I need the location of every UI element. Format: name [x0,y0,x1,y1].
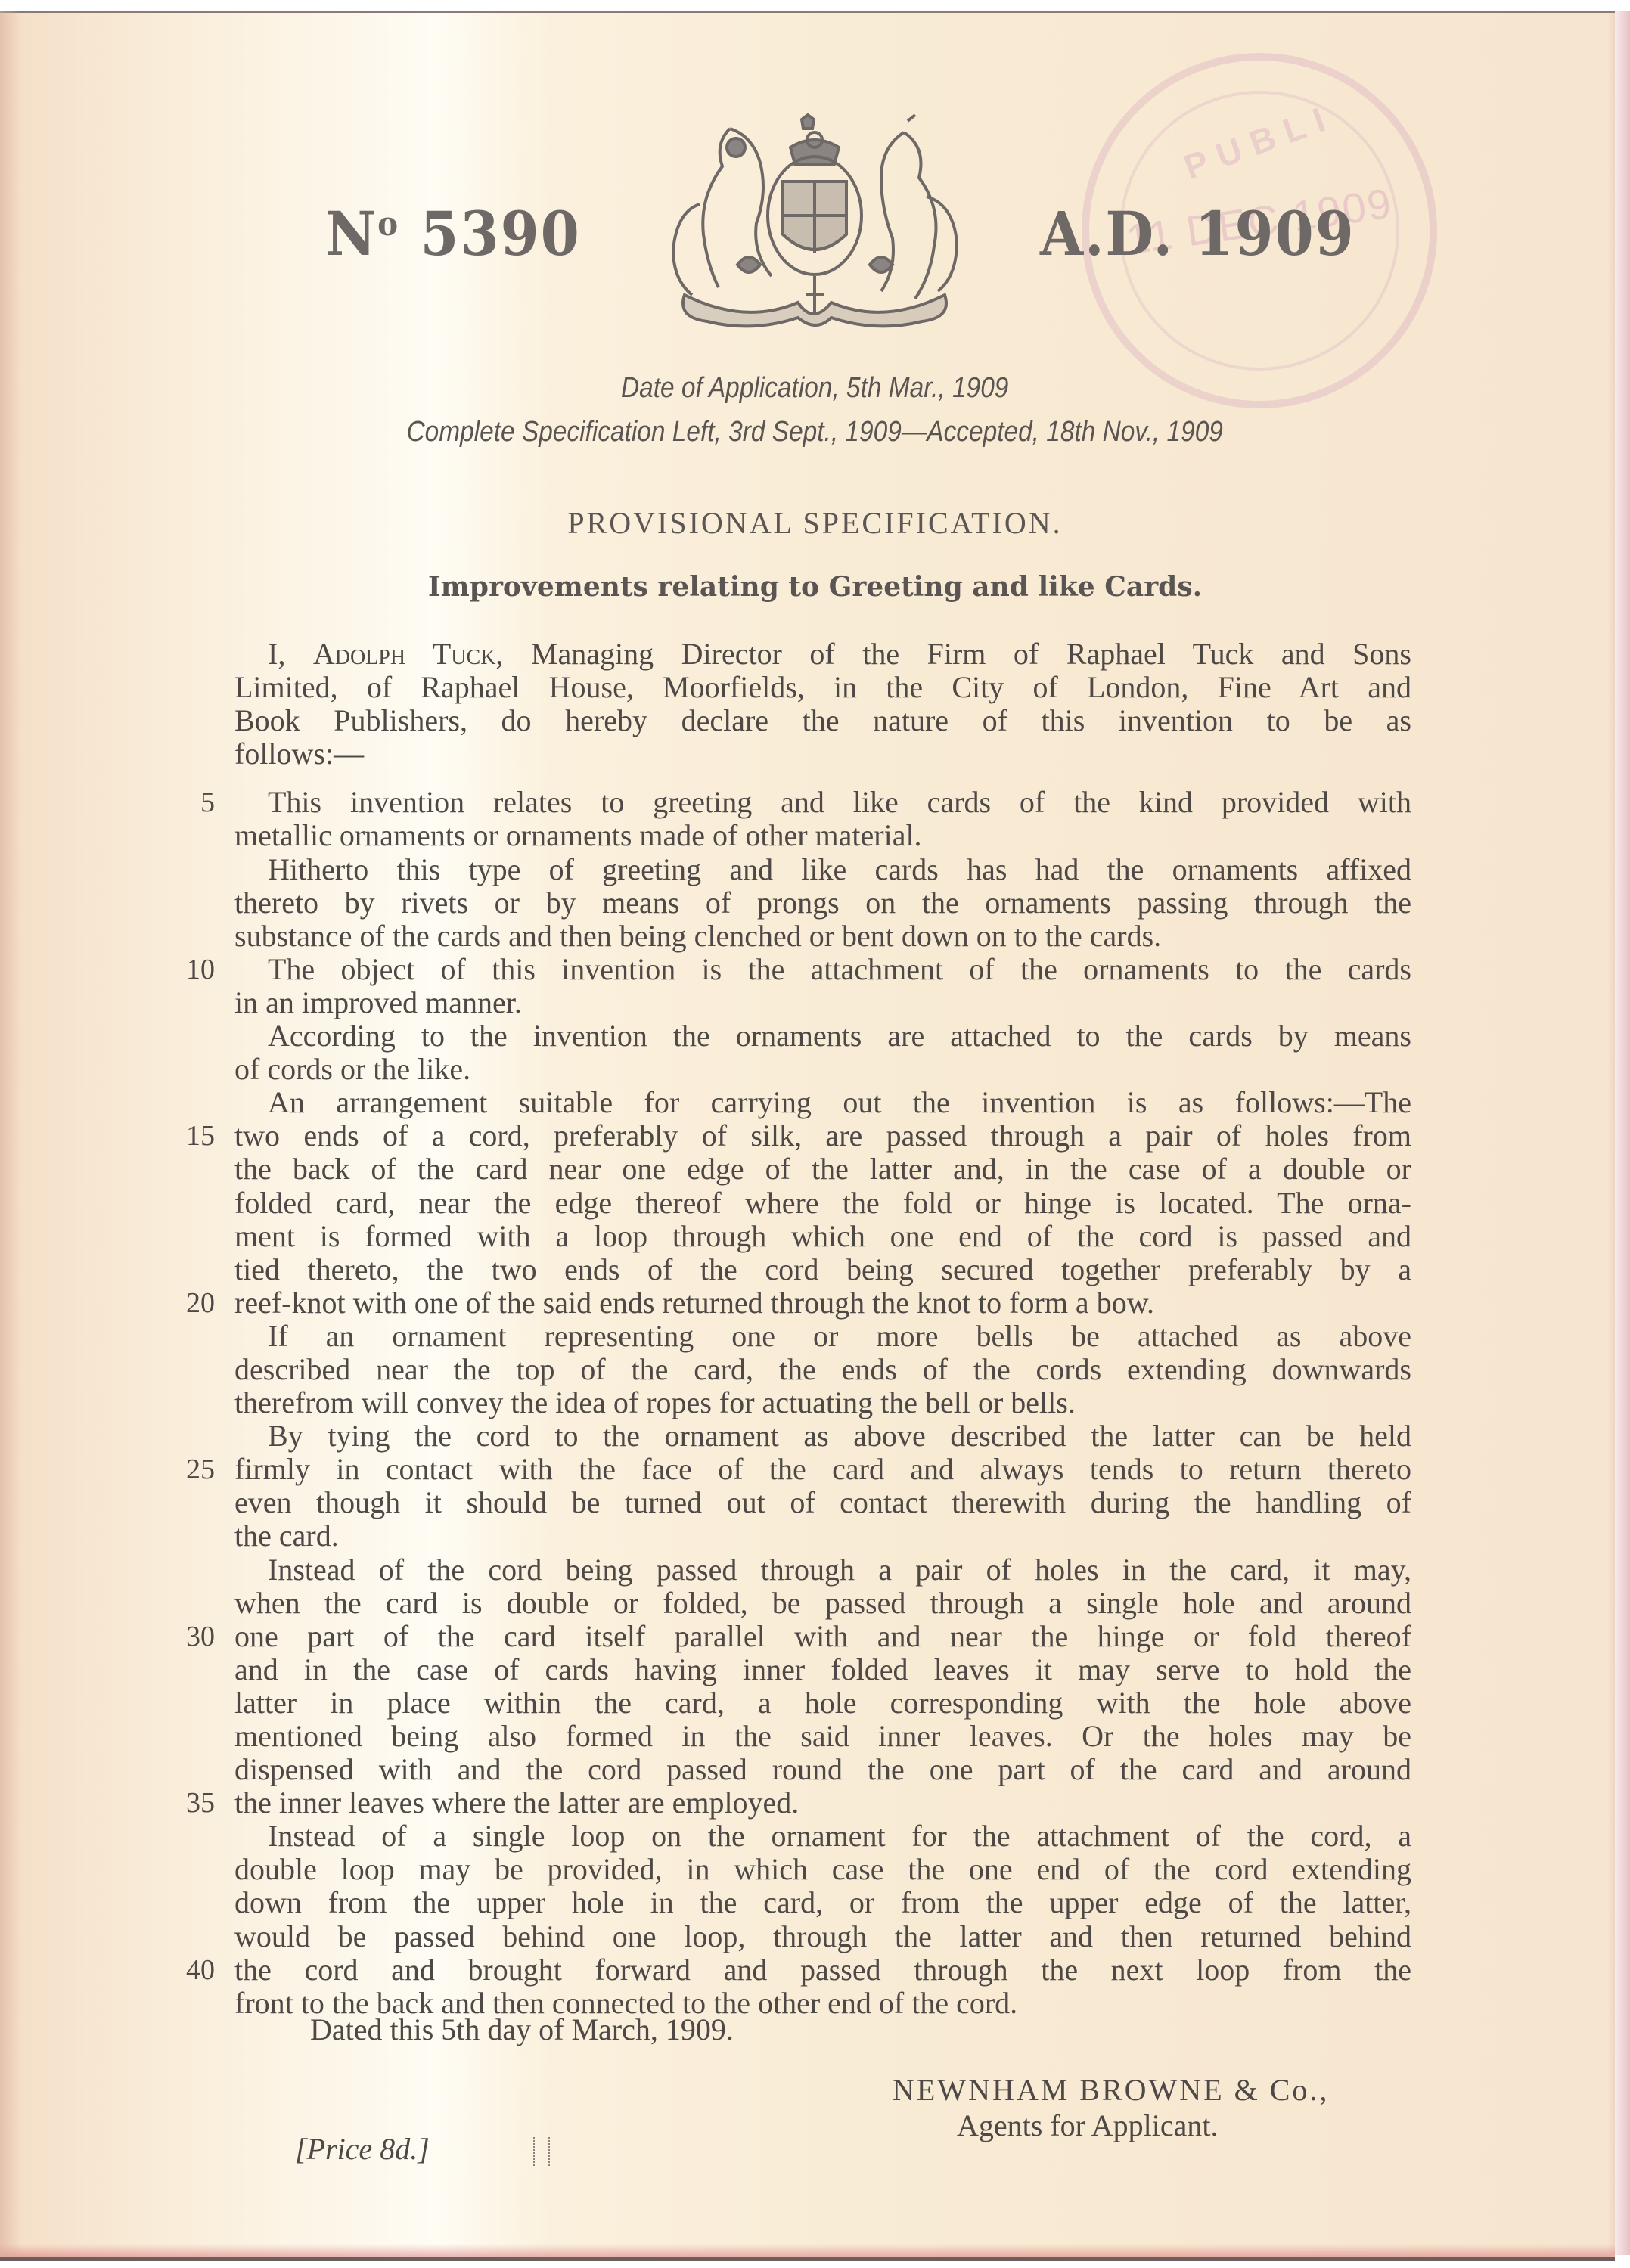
line-text: the card. [234,1519,1411,1553]
line-text: would be passed behind one loop, through… [234,1920,1411,1953]
body-line: metallic ornaments or ornaments made of … [234,819,1411,852]
line-text: of cords or the like. [234,1053,1411,1086]
body-line: By tying the cord to the ornament as abo… [234,1419,1411,1453]
line-text: latter in place within the card, a hole … [234,1686,1411,1720]
line-number: 40 [185,1953,215,1987]
body-line: in an improved manner. [234,986,1411,1019]
line-text: Hitherto this type of greeting and like … [234,853,1411,886]
royal-coat-of-arms-icon [654,113,976,333]
line-text: two ends of a cord, preferably of silk, … [234,1119,1411,1153]
line-text: substance of the cards and then being cl… [234,920,1411,953]
body-line: dispensed with and the cord passed round… [234,1753,1411,1786]
line-text: down from the upper hole in the card, or… [234,1886,1411,1919]
complete-spec-dates: Complete Specification Left, 3rd Sept., … [98,416,1532,448]
body-line: Instead of a single loop on the ornament… [234,1820,1411,1853]
body-line: substance of the cards and then being cl… [234,920,1411,953]
line-text: dispensed with and the cord passed round… [234,1753,1411,1786]
body-line: 40the cord and brought forward and passe… [234,1953,1411,1987]
line-text: even though it should be turned out of c… [234,1486,1411,1519]
line-number: 5 [185,786,215,819]
line-text: metallic ornaments or ornaments made of … [234,819,1411,852]
body-line: 15two ends of a cord, preferably of silk… [234,1119,1411,1153]
body-line: According to the invention the ornaments… [234,1019,1411,1053]
page-left-edge [0,11,21,2255]
line-number: 30 [185,1620,215,1653]
body-line: thereto by rivets or by means of prongs … [234,886,1411,920]
body-line: of cords or the like. [234,1053,1411,1086]
line-number: 10 [185,953,215,986]
line-number: 25 [185,1453,215,1486]
line-text: thereto by rivets or by means of prongs … [234,886,1411,920]
line-number: 35 [185,1786,215,1820]
body-line: 5This invention relates to greeting and … [234,786,1411,819]
line-text: According to the invention the ornaments… [234,1019,1411,1053]
line-text: firmly in contact with the face of the c… [234,1453,1411,1486]
patent-number: No 5390 [325,198,581,269]
line-text: tied thereto, the two ends of the cord b… [234,1253,1411,1286]
line-text: Instead of the cord being passed through… [234,1553,1411,1587]
body-line: would be passed behind one loop, through… [234,1920,1411,1953]
line-text: If an ornament representing one or more … [234,1320,1411,1353]
body-line: 10The object of this invention is the at… [234,953,1411,986]
intro-line: follows:— [234,737,1411,771]
line-text: described near the top of the card, the … [234,1353,1411,1386]
body-line: tied thereto, the two ends of the cord b… [234,1253,1411,1286]
body-line: described near the top of the card, the … [234,1353,1411,1386]
body-line: Instead of the cord being passed through… [234,1553,1411,1587]
line-text: double loop may be provided, in which ca… [234,1853,1411,1886]
body-lines: 5This invention relates to greeting and … [234,786,1411,2019]
dated-line: Dated this 5th day of March, 1909. [310,2012,734,2047]
line-text: This invention relates to greeting and l… [234,786,1411,819]
page-right-edge [1607,11,1630,2255]
agent-name: NEWNHAM BROWNE & Co., [893,2072,1329,2108]
body-line: double loop may be provided, in which ca… [234,1853,1411,1886]
body-line: An arrangement suitable for carrying out… [234,1086,1411,1119]
line-text: and in the case of cards having inner fo… [234,1653,1411,1686]
line-text: when the card is double or folded, be pa… [234,1587,1411,1620]
printer-mark [533,2137,550,2166]
patent-year: A.D. 1909 [1040,198,1355,269]
line-number: 20 [185,1286,215,1320]
price-label: [Price 8d.] [295,2131,430,2167]
body-line: 30one part of the card itself parallel w… [234,1620,1411,1653]
body-line: mentioned being also formed in the said … [234,1720,1411,1753]
line-text: the inner leaves where the latter are em… [234,1786,1411,1820]
intro-line: I, Adolph Tuck, Managing Director of the… [234,638,1411,671]
applicant-name: Adolph Tuck [313,637,496,671]
line-text: one part of the card itself parallel wit… [234,1620,1411,1653]
line-text: Instead of a single loop on the ornament… [234,1820,1411,1853]
body-line: 35the inner leaves where the latter are … [234,1786,1411,1820]
intro-line: Limited, of Raphael House, Moorfields, i… [234,671,1411,704]
agent-role: Agents for Applicant. [957,2108,1219,2143]
line-text: the cord and brought forward and passed … [234,1953,1411,1987]
body-line: the card. [234,1519,1411,1553]
body-line: and in the case of cards having inner fo… [234,1653,1411,1686]
body-line: folded card, near the edge thereof where… [234,1187,1411,1220]
body-line: Hitherto this type of greeting and like … [234,853,1411,886]
intro-line: Book Publishers, do hereby declare the n… [234,704,1411,737]
line-text: the back of the card near one edge of th… [234,1153,1411,1186]
line-text: ment is formed with a loop through which… [234,1220,1411,1253]
line-text: folded card, near the edge thereof where… [234,1187,1411,1220]
body-line: when the card is double or folded, be pa… [234,1587,1411,1620]
body-line: 25firmly in contact with the face of the… [234,1453,1411,1486]
invention-title: Improvements relating to Greeting and li… [0,571,1630,603]
line-text: The object of this invention is the atta… [234,953,1411,986]
line-text: reef-knot with one of the said ends retu… [234,1286,1411,1320]
body-line: latter in place within the card, a hole … [234,1686,1411,1720]
body-line: down from the upper hole in the card, or… [234,1886,1411,1919]
line-number: 15 [185,1119,215,1153]
specification-body: I, Adolph Tuck, Managing Director of the… [234,638,1411,2020]
body-line: therefrom will convey the idea of ropes … [234,1386,1411,1419]
line-text: in an improved manner. [234,986,1411,1019]
application-date: Date of Application, 5th Mar., 1909 [98,372,1532,405]
line-text: An arrangement suitable for carrying out… [234,1086,1411,1119]
line-text: therefrom will convey the idea of ropes … [234,1386,1411,1419]
body-line: 20reef-knot with one of the said ends re… [234,1286,1411,1320]
line-text: By tying the cord to the ornament as abo… [234,1419,1411,1453]
body-line: ment is formed with a loop through which… [234,1220,1411,1253]
body-line: the back of the card near one edge of th… [234,1153,1411,1186]
body-line: If an ornament representing one or more … [234,1320,1411,1353]
body-line: even though it should be turned out of c… [234,1486,1411,1519]
line-text: mentioned being also formed in the said … [234,1720,1411,1753]
spec-type-heading: PROVISIONAL SPECIFICATION. [0,505,1630,541]
